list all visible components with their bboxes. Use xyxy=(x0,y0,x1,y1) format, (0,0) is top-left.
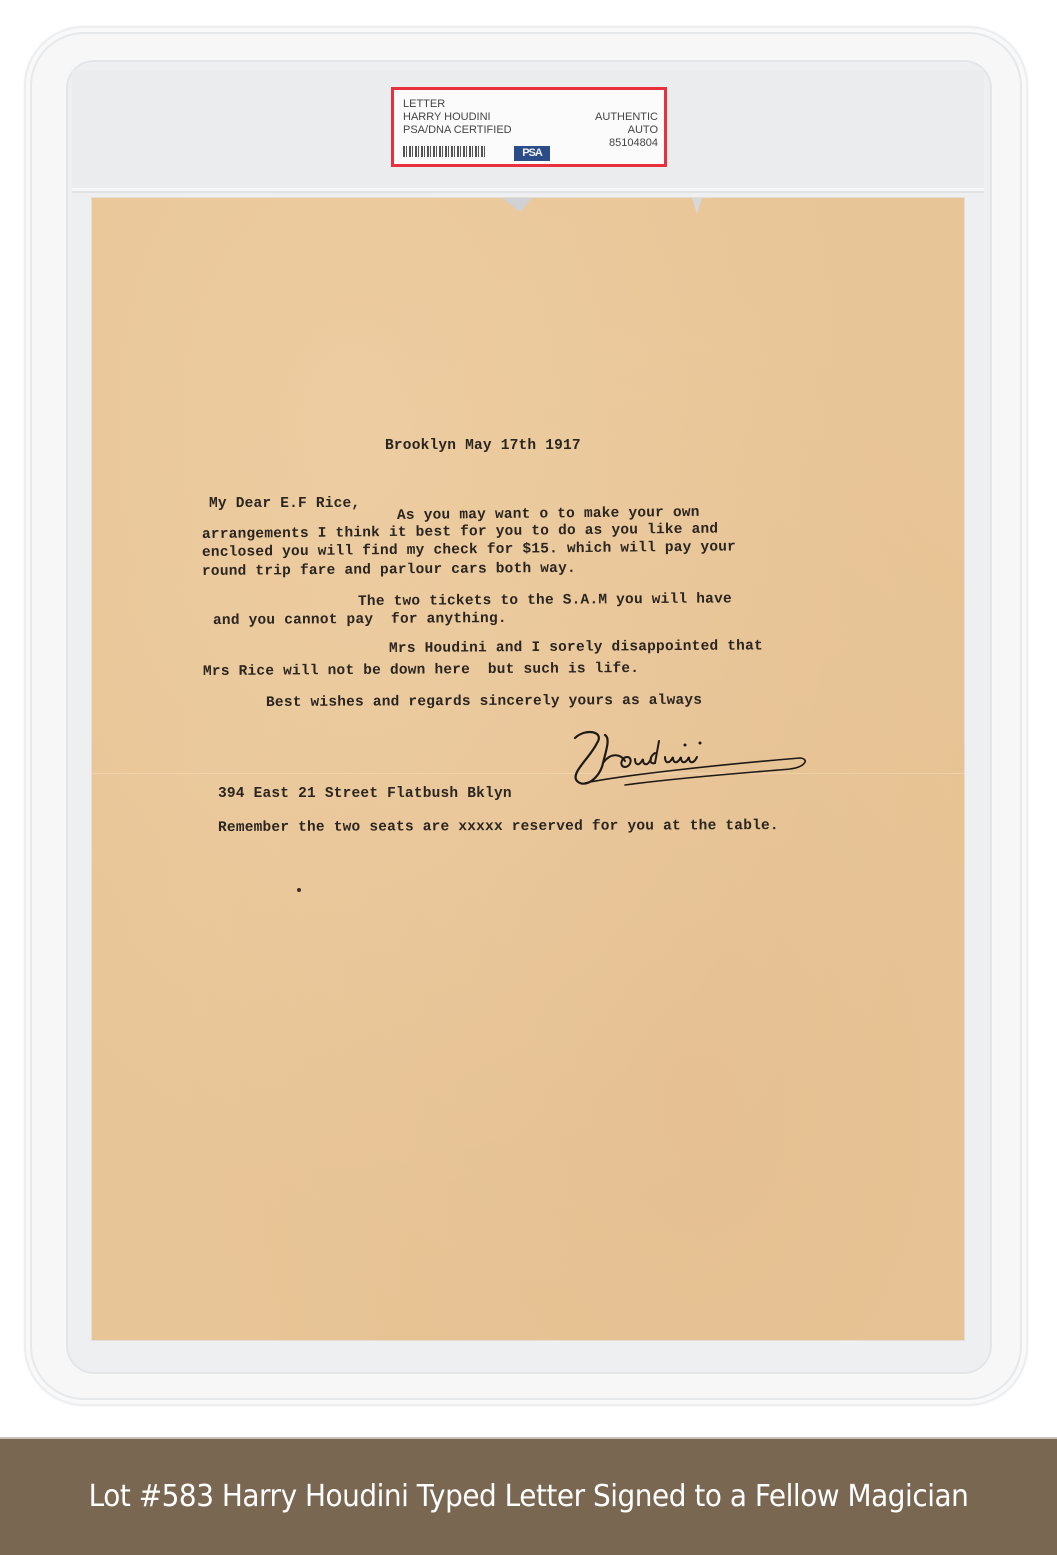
caption-bar: Lot #583 Harry Houdini Typed Letter Sign… xyxy=(0,1437,1057,1555)
letter-line: round trip fare and parlour cars both wa… xyxy=(202,561,576,580)
letter-dateline: Brooklyn May 17th 1917 xyxy=(385,438,581,454)
houdini-signature-icon xyxy=(565,723,815,793)
psa-label-item-info: LETTER HARRY HOUDINI PSA/DNA CERTIFIED xyxy=(403,98,512,137)
lot-image[interactable]: LETTER HARRY HOUDINI PSA/DNA CERTIFIED A… xyxy=(0,0,1057,1437)
letter-line: and you cannot pay for anything. xyxy=(213,611,507,629)
letter-salutation: My Dear E.F Rice, xyxy=(209,496,360,512)
psa-grade-authentic: AUTHENTIC xyxy=(595,111,658,124)
letter-line: enclosed you will find my check for $15.… xyxy=(202,539,736,561)
letter-line: Mrs Houdini and I sorely disappointed th… xyxy=(389,638,763,657)
lot-caption-title: Lot #583 Harry Houdini Typed Letter Sign… xyxy=(37,1479,1020,1514)
paper-tear xyxy=(692,198,702,214)
psa-certified-text: PSA/DNA CERTIFIED xyxy=(403,124,512,137)
psa-certification-label: LETTER HARRY HOUDINI PSA/DNA CERTIFIED A… xyxy=(391,87,667,167)
psa-cert-number: 85104804 xyxy=(595,137,658,150)
letter-closing: Best wishes and regards sincerely yours … xyxy=(266,693,702,711)
psa-item-type: LETTER xyxy=(403,98,512,111)
paper-tear xyxy=(502,198,532,212)
psa-logo-icon: PSA xyxy=(514,146,550,161)
psa-grade-auto: AUTO xyxy=(595,124,658,137)
letter-line: As you may want o to make your own xyxy=(397,505,700,524)
letter-line: Mrs Rice will not be down here but such … xyxy=(203,661,639,680)
letter-line: The two tickets to the S.A.M you will ha… xyxy=(358,591,732,610)
psa-item-subject: HARRY HOUDINI xyxy=(403,111,512,124)
letter-address: 394 East 21 Street Flatbush Bklyn xyxy=(218,786,512,802)
letter-postscript: Remember the two seats are xxxxx reserve… xyxy=(218,818,779,836)
paper-fold-line xyxy=(92,773,964,774)
psa-label-grade: AUTHENTIC AUTO 85104804 xyxy=(595,111,658,150)
barcode-icon xyxy=(403,146,487,157)
letter-paper: Brooklyn May 17th 1917 My Dear E.F Rice,… xyxy=(92,198,964,1340)
ink-speck xyxy=(297,888,301,892)
